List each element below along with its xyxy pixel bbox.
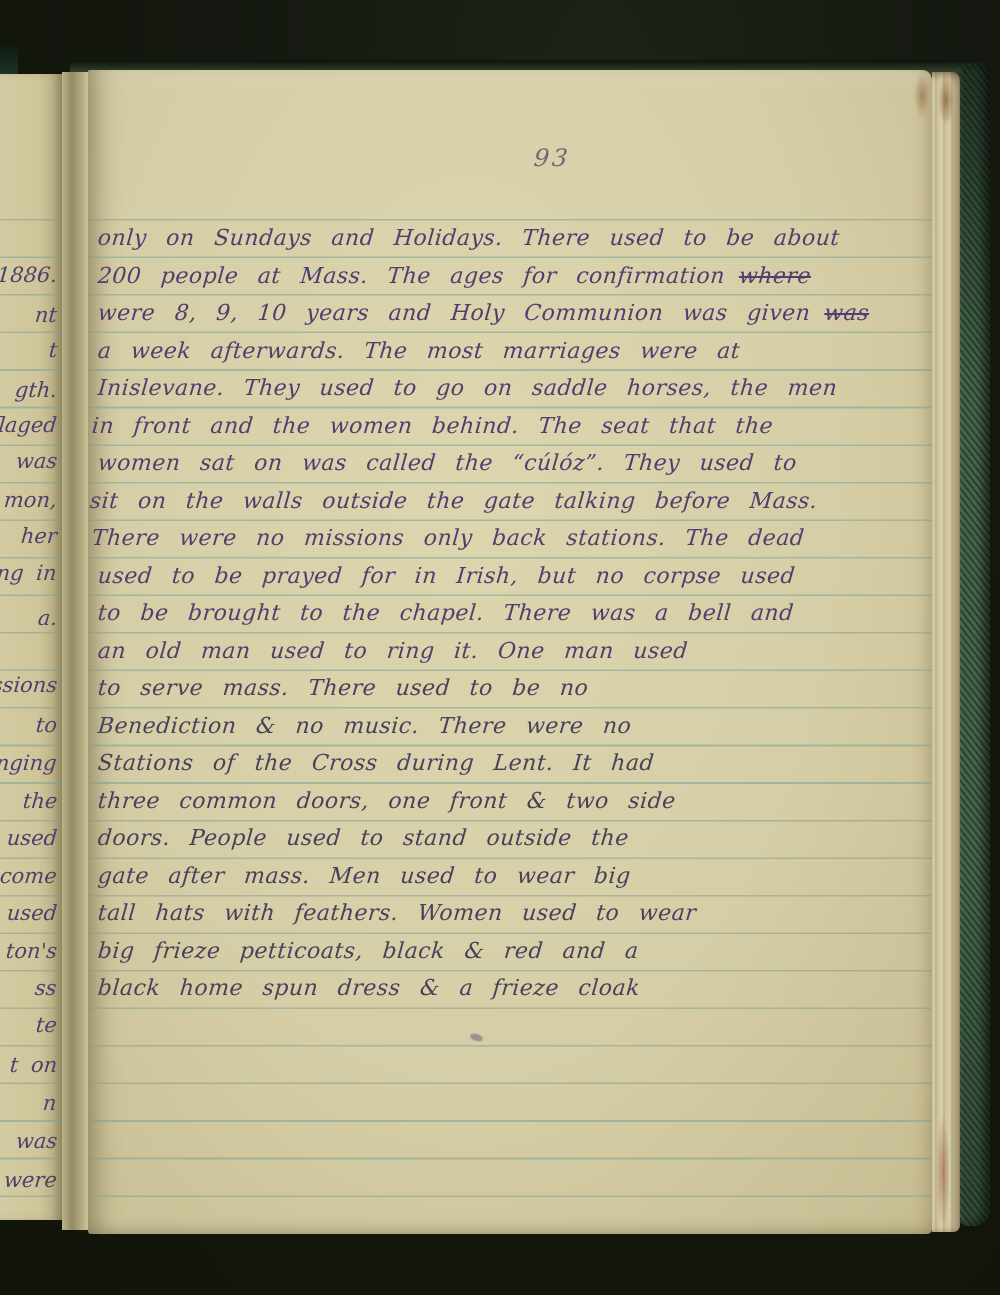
- margin-fragment: ssions: [0, 673, 58, 697]
- previous-page-strip: 1886. nt t gth. flaged was mon, her ing …: [0, 74, 62, 1220]
- margin-fragment: nt: [34, 303, 58, 327]
- margin-fragment: 1886.: [0, 263, 58, 287]
- margin-fragment: come: [0, 864, 58, 888]
- margin-fragment: te: [35, 1013, 58, 1037]
- margin-fragment: used: [6, 826, 58, 850]
- handwriting-line: sit on the walls outside the gate talkin…: [88, 489, 931, 523]
- margin-fragment: ss: [34, 976, 58, 1000]
- margin-fragment: to: [35, 713, 58, 737]
- book-cover-right-edge: [958, 64, 990, 1226]
- margin-fragment: her: [20, 524, 58, 548]
- margin-fragment: a.: [37, 606, 58, 630]
- notebook-page: 93 only on Sundays and Holidays. There u…: [88, 70, 932, 1234]
- handwriting-line: doors. People used to stand outside the: [96, 826, 931, 860]
- margin-fragment: ton's: [5, 939, 58, 963]
- handwriting-line: There were no missions only back station…: [90, 526, 931, 560]
- foxing-stain: [938, 74, 954, 126]
- page-edge-stack: [932, 72, 960, 1232]
- handwriting-line: were 8, 9, 10 years and Holy Communion w…: [96, 301, 931, 335]
- handwriting-line: in front and the women behind. The seat …: [90, 414, 931, 448]
- handwriting-line: women sat on was called the “cúlóz”. The…: [96, 451, 931, 485]
- ink-smudge: [469, 1032, 484, 1043]
- margin-fragment: n: [42, 1091, 58, 1115]
- margin-fragment: gth.: [14, 378, 58, 402]
- handwriting-line: gate after mass. Men used to wear big: [96, 864, 931, 898]
- margin-fragment: mon,: [3, 488, 58, 512]
- handwriting-line: to serve mass. There used to be no: [96, 676, 931, 710]
- handwriting-line: used to be prayed for in Irish, but no c…: [96, 564, 931, 598]
- handwriting-line: black home spun dress & a frieze cloak: [96, 976, 931, 1010]
- handwriting-line: an old man used to ring it. One man used: [96, 639, 931, 673]
- handwriting-line: only on Sundays and Holidays. There used…: [96, 226, 931, 260]
- book-cover-left-corner: [0, 46, 18, 76]
- handwriting-line: 200 people at Mass. The ages for confirm…: [96, 264, 931, 298]
- handwriting-line: Stations of the Cross during Lent. It ha…: [96, 751, 931, 785]
- margin-fragment: the: [22, 789, 59, 813]
- margin-fragment: was: [15, 449, 58, 473]
- handwriting-line: tall hats with feathers. Women used to w…: [96, 901, 931, 935]
- book-photograph: 1886. nt t gth. flaged was mon, her ing …: [0, 0, 1000, 1295]
- handwriting-line: to be brought to the chapel. There was a…: [96, 601, 931, 635]
- handwriting-line: three common doors, one front & two side: [96, 789, 931, 823]
- foxing-stain: [936, 1112, 950, 1232]
- foxing-stain: [914, 74, 930, 118]
- handwriting-line: big frieze petticoats, black & red and a: [96, 939, 931, 973]
- margin-fragment: nging: [0, 751, 58, 775]
- margin-fragment: flaged: [0, 413, 58, 437]
- handwriting-line: Inislevane. They used to go on saddle ho…: [96, 376, 931, 410]
- margin-fragment: ing in: [0, 561, 58, 585]
- gutter-shadow: [62, 72, 88, 1230]
- handwriting-line: Benediction & no music. There were no: [96, 714, 931, 748]
- page-number: 93: [533, 144, 572, 172]
- margin-fragment: used: [6, 901, 58, 925]
- margin-fragment: were: [3, 1168, 58, 1192]
- margin-fragment: was: [15, 1129, 58, 1153]
- margin-fragment: t on: [9, 1053, 58, 1077]
- margin-fragment: t: [47, 338, 58, 362]
- handwriting-line: a week afterwards. The most marriages we…: [96, 339, 931, 373]
